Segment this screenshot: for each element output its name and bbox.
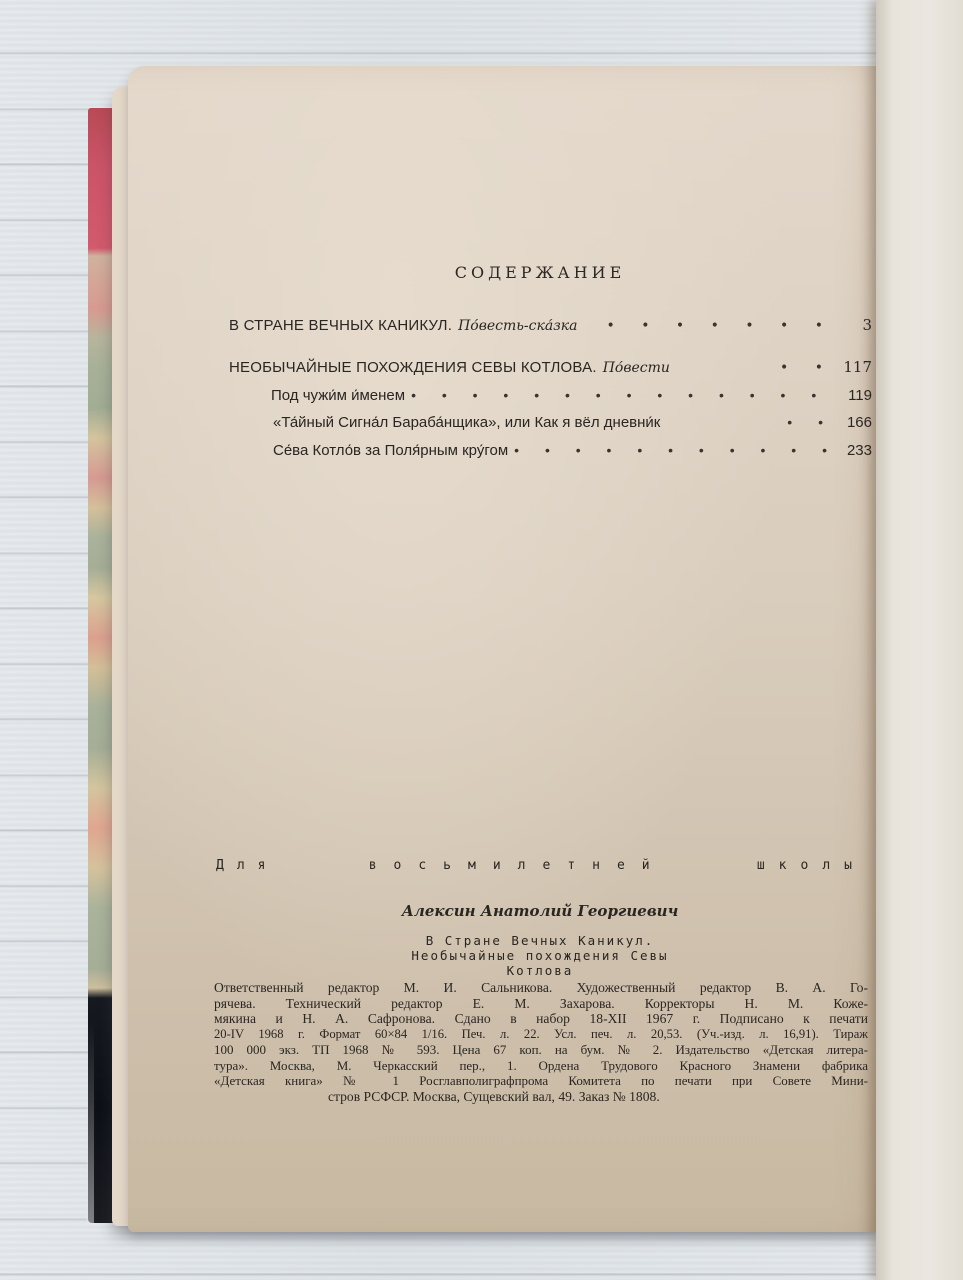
leader-dots: • • • • • • • • • • • • • • • • [411, 387, 834, 403]
book-title-line: Необычайные похождения Севы [200, 948, 880, 963]
toc-subentry-page: 166 [834, 414, 872, 431]
book-title-line: Котлова [200, 963, 880, 978]
leader-dots: • • [666, 414, 834, 430]
toc-subentry-title: Под чужи́м и́менем [271, 387, 411, 404]
imprint-line: 20-IV 1968 г. Формат 60×84 1/16. Печ. л.… [214, 1027, 868, 1043]
series-word: Для [216, 858, 278, 873]
series-word: школы [757, 858, 866, 873]
imprint-line: стров РСФСР. Москва, Сущевский вал, 49. … [214, 1089, 868, 1105]
toc-heading: СОДЕРЖАНИЕ [200, 263, 880, 282]
toc-entry-page: 3 [834, 316, 872, 334]
imprint-line: рячева. Технический редактор Е. М. Захар… [214, 996, 868, 1012]
toc-entry-genre: По́весть-ска́зка [458, 318, 583, 334]
toc-subentry: Под чужи́м и́менем • • • • • • • • • • •… [271, 387, 872, 404]
toc-entry-title: НЕОБЫЧАЙНЫЕ ПОХОЖДЕНИЯ СЕВЫ КОТЛОВА. [229, 359, 603, 376]
toc-subentry-title: Се́ва Котло́в за Поля́рным кру́гом [273, 442, 514, 459]
imprint-line: «Детская книга» № 1 Росглавполиграфпрома… [214, 1073, 868, 1089]
book-title-line: В Стране Вечных Каникул. [200, 933, 880, 948]
toc-entry-title: В СТРАНЕ ВЕЧНЫХ КАНИКУЛ. [229, 317, 458, 334]
series-line: Для восьмилетней школы [216, 858, 866, 873]
imprint-line: 100 000 экз. ТП 1968 № 593. Цена 67 коп.… [214, 1042, 868, 1058]
imprint-line: Ответственный редактор М. И. Сальникова.… [214, 980, 868, 996]
author-name: Алексин Анатолий Георгиевич [200, 902, 880, 920]
imprint-line: мякина и Н. А. Сафронова. Сдано в набор … [214, 1011, 868, 1027]
toc-subentry-title: «Та́йный Сигна́л Бараба́нщика», или Как … [273, 414, 666, 431]
leader-dots: • • [676, 360, 834, 376]
toc-entry: В СТРАНЕ ВЕЧНЫХ КАНИКУЛ. По́весть-ска́зк… [229, 316, 872, 334]
toc-subentry-page: 119 [834, 387, 872, 404]
toc-entry: НЕОБЫЧАЙНЫЕ ПОХОЖДЕНИЯ СЕВЫ КОТЛОВА. По́… [229, 358, 872, 376]
toc-subentry: «Та́йный Сигна́л Бараба́нщика», или Как … [273, 414, 872, 431]
toc-entry-page: 117 [834, 358, 872, 376]
imprint-block: Ответственный редактор М. И. Сальникова.… [214, 980, 868, 1104]
page-content: СОДЕРЖАНИЕ В СТРАНЕ ВЕЧНЫХ КАНИКУЛ. По́в… [0, 0, 963, 1280]
imprint-line: тура». Москва, М. Черкасский пер., 1. Ор… [214, 1058, 868, 1074]
series-word: восьмилетней [369, 858, 667, 873]
toc-subentry: Се́ва Котло́в за Поля́рным кру́гом • • •… [273, 442, 872, 459]
leader-dots: • • • • • • • [584, 318, 834, 334]
toc-subentry-page: 233 [834, 442, 872, 459]
book-title-block: В Стране Вечных Каникул. Необычайные пох… [200, 933, 880, 978]
leader-dots: • • • • • • • • • • • • [514, 442, 834, 458]
toc-entry-genre: По́вести [603, 360, 676, 376]
